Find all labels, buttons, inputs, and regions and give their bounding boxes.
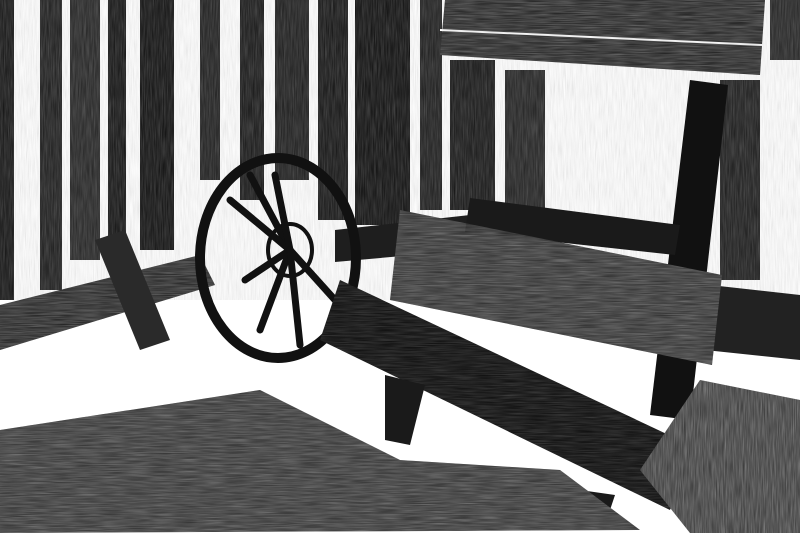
photo-scene [0, 0, 800, 533]
